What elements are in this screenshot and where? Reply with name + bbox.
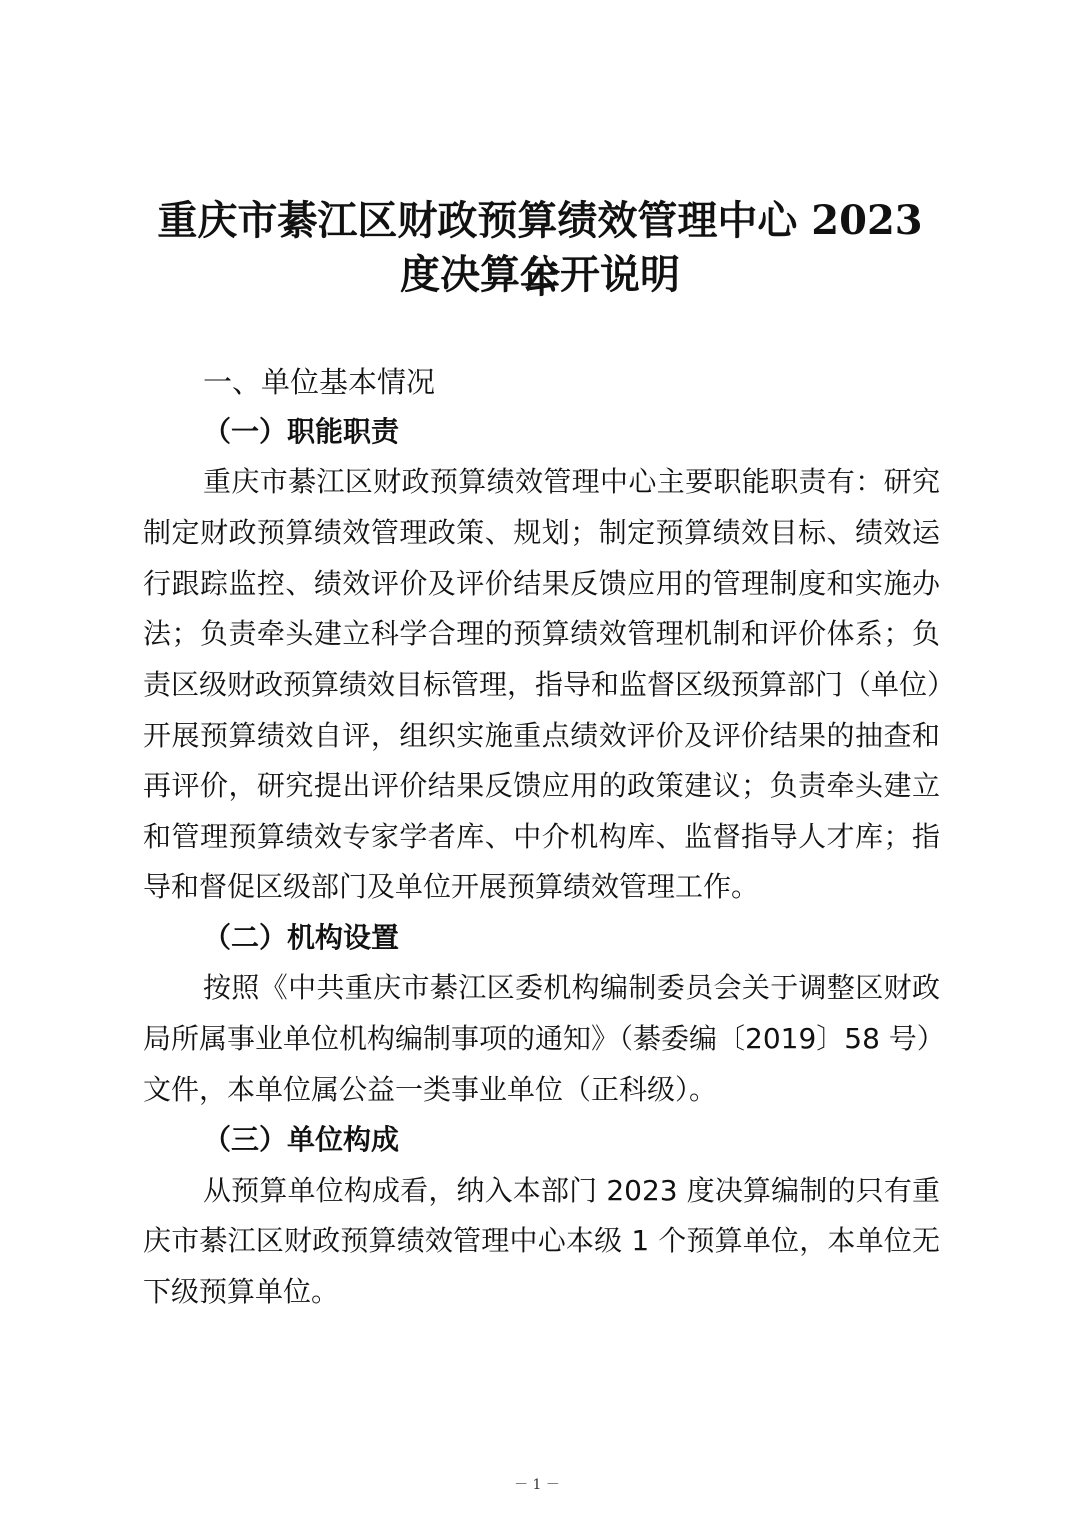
section-heading-basic-info: 一、单位基本情况	[203, 362, 435, 402]
subsection-heading-organization: （二）机构设置	[203, 918, 399, 958]
paragraph-line: 从预算单位构成看，纳入本部门 2023 度决算编制的只有重	[203, 1171, 940, 1211]
document-page: 重庆市綦江区财政预算绩效管理中心 2023 年 度决算公开说明 一、单位基本情况…	[0, 0, 1074, 1520]
paragraph-line: 和管理预算绩效专家学者库、中介机构库、监督指导人才库；指	[143, 817, 940, 857]
paragraph-line: 按照《中共重庆市綦江区委机构编制委员会关于调整区财政	[203, 968, 940, 1008]
paragraph-line: 下级预算单位。	[143, 1272, 940, 1312]
paragraph-line: 开展预算绩效自评，组织实施重点绩效评价及评价结果的抽查和	[143, 716, 940, 756]
paragraph-line: 法；负责牵头建立科学合理的预算绩效管理机制和评价体系；负	[143, 614, 940, 654]
paragraph-line: 责区级财政预算绩效目标管理，指导和监督区级预算部门（单位）	[143, 665, 940, 705]
paragraph-line: 庆市綦江区财政预算绩效管理中心本级 1 个预算单位，本单位无	[143, 1221, 940, 1261]
subsection-heading-composition: （三）单位构成	[203, 1120, 399, 1160]
paragraph-line: 导和督促区级部门及单位开展预算绩效管理工作。	[143, 867, 940, 907]
paragraph-line: 重庆市綦江区财政预算绩效管理中心主要职能职责有：研究	[203, 462, 940, 502]
paragraph-line: 再评价，研究提出评价结果反馈应用的政策建议；负责牵头建立	[143, 766, 940, 806]
page-number: － 1 －	[0, 1474, 1074, 1494]
paragraph-line: 文件，本单位属公益一类事业单位（正科级）。	[143, 1070, 940, 1110]
document-title-line-2: 度决算公开说明	[140, 246, 940, 304]
paragraph-line: 局所属事业单位机构编制事项的通知》（綦委编〔2019〕58 号）	[143, 1019, 940, 1059]
subsection-heading-functions: （一）职能职责	[203, 412, 399, 452]
paragraph-line: 制定财政预算绩效管理政策、规划；制定预算绩效目标、绩效运	[143, 513, 940, 553]
paragraph-line: 行跟踪监控、绩效评价及评价结果反馈应用的管理制度和实施办	[143, 564, 940, 604]
